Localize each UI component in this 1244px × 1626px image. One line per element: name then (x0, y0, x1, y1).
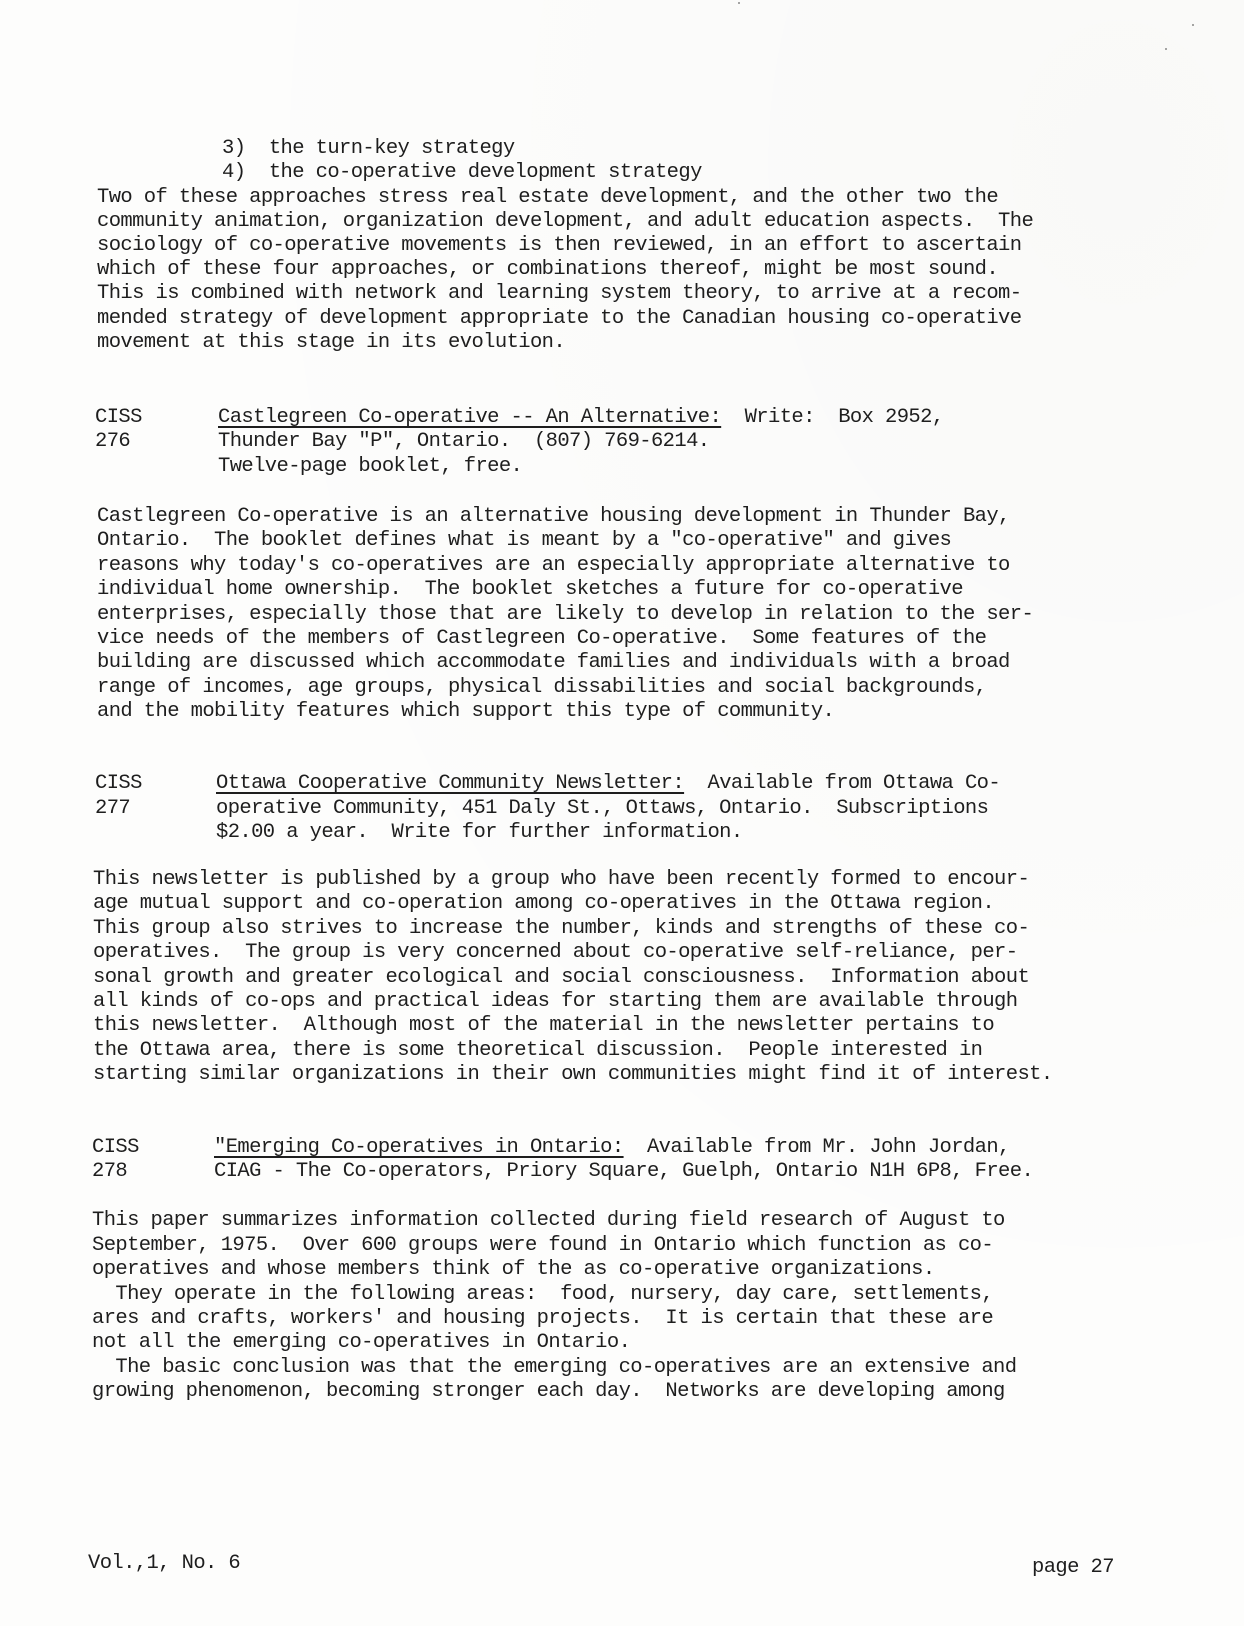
entry-body-line: growing phenomenon, becoming stronger ea… (92, 1380, 1005, 1404)
intro-line: This is combined with network and learni… (97, 282, 1021, 306)
entry-title: "Emerging Co-operatives in Ontario: (214, 1136, 624, 1159)
entry-series: CISS (95, 772, 142, 797)
entry-body-line: Castlegreen Co-operative is an alternati… (97, 505, 1010, 529)
entry-heading: Ottawa Cooperative Community Newsletter:… (216, 772, 1000, 797)
list-text: the turn-key strategy (269, 137, 515, 160)
entry-title: Castlegreen Co-operative -- An Alternati… (218, 406, 721, 429)
entry-body-line: operatives. The group is very concerned … (93, 941, 1017, 965)
entry-body-line: the Ottawa area, there is some theoretic… (93, 1039, 982, 1063)
entry-body-line: this newsletter. Although most of the ma… (93, 1014, 994, 1038)
entry-body-line: reasons why today's co-operatives are an… (97, 554, 1010, 578)
list-number: 4) (222, 161, 245, 184)
page-number: page 27 (1032, 1556, 1114, 1580)
entry-heading: Castlegreen Co-operative -- An Alternati… (218, 406, 944, 431)
intro-line: which of these four approaches, or combi… (97, 258, 998, 282)
entry-body-line: vice needs of the members of Castlegreen… (97, 627, 986, 651)
entry-detail: operative Community, 451 Daly St., Ottaw… (216, 797, 988, 822)
entry-body-line: age mutual support and co-operation amon… (93, 892, 994, 916)
entry-detail: Twelve-page booklet, free. (218, 455, 522, 480)
entry-body-line: This newsletter is published by a group … (93, 868, 1029, 892)
list-item: 3) the turn-key strategy (222, 137, 515, 161)
intro-line: Two of these approaches stress real esta… (97, 186, 998, 210)
entry-body-line: The basic conclusion was that the emergi… (92, 1356, 1016, 1380)
entry-body-line: all kinds of co-ops and practical ideas … (93, 990, 1017, 1014)
entry-detail: $2.00 a year. Write for further informat… (216, 821, 743, 846)
entry-body-line: September, 1975. Over 600 groups were fo… (92, 1234, 993, 1258)
entry-body-line: This group also strives to increase the … (93, 917, 1029, 941)
scan-speck (1165, 48, 1167, 50)
entry-body-line: building are discussed which accommodate… (97, 651, 1010, 675)
intro-line: sociology of co-operative movements is t… (97, 234, 1021, 258)
list-item: 4) the co-operative development strategy (222, 161, 702, 185)
entry-title: Ottawa Cooperative Community Newsletter: (216, 772, 684, 795)
entry-title-rest: Available from Mr. John Jordan, (624, 1136, 1010, 1159)
entry-body-line: sonal growth and greater ecological and … (93, 966, 1029, 990)
entry-body-line: enterprises, especially those that are l… (97, 603, 1033, 627)
entry-body-line: This paper summarizes information collec… (92, 1209, 1005, 1233)
entry-body-line: Ontario. The booklet defines what is mea… (97, 529, 951, 553)
entry-body-line: operatives and whose members think of th… (92, 1258, 935, 1282)
entry-title-rest: Available from Ottawa Co- (684, 772, 1000, 795)
intro-line: movement at this stage in its evolution. (97, 331, 565, 355)
list-text: the co-operative development strategy (269, 161, 702, 184)
entry-series: CISS (92, 1136, 139, 1161)
intro-line: community animation, organization develo… (97, 210, 1033, 234)
entry-body-line: not all the emerging co-operatives in On… (92, 1331, 630, 1355)
entry-body-line: starting similar organizations in their … (93, 1063, 1053, 1087)
entry-number: 277 (95, 797, 130, 822)
entry-number: 278 (92, 1160, 127, 1185)
entry-number: 276 (95, 430, 130, 455)
entry-detail: Thunder Bay "P", Ontario. (807) 769-6214… (218, 430, 710, 455)
entry-detail: CIAG - The Co-operators, Priory Square, … (214, 1160, 1033, 1185)
list-number: 3) (222, 137, 245, 160)
scan-speck (1192, 24, 1194, 26)
volume-label: Vol.,1, No. 6 (88, 1552, 240, 1576)
entry-body-line: ares and crafts, workers' and housing pr… (92, 1307, 993, 1331)
entry-title-rest: Write: Box 2952, (721, 406, 943, 429)
scan-speck (738, 2, 740, 4)
entry-body-line: They operate in the following areas: foo… (92, 1283, 993, 1307)
entry-body-line: and the mobility features which support … (97, 700, 834, 724)
entry-body-line: individual home ownership. The booklet s… (97, 578, 963, 602)
document-page: 3) the turn-key strategy 4) the co-opera… (0, 0, 1244, 1626)
entry-body-line: range of incomes, age groups, physical d… (97, 676, 986, 700)
intro-line: mended strategy of development appropria… (97, 307, 1021, 331)
entry-series: CISS (95, 406, 142, 431)
entry-heading: "Emerging Co-operatives in Ontario: Avai… (214, 1136, 1010, 1161)
